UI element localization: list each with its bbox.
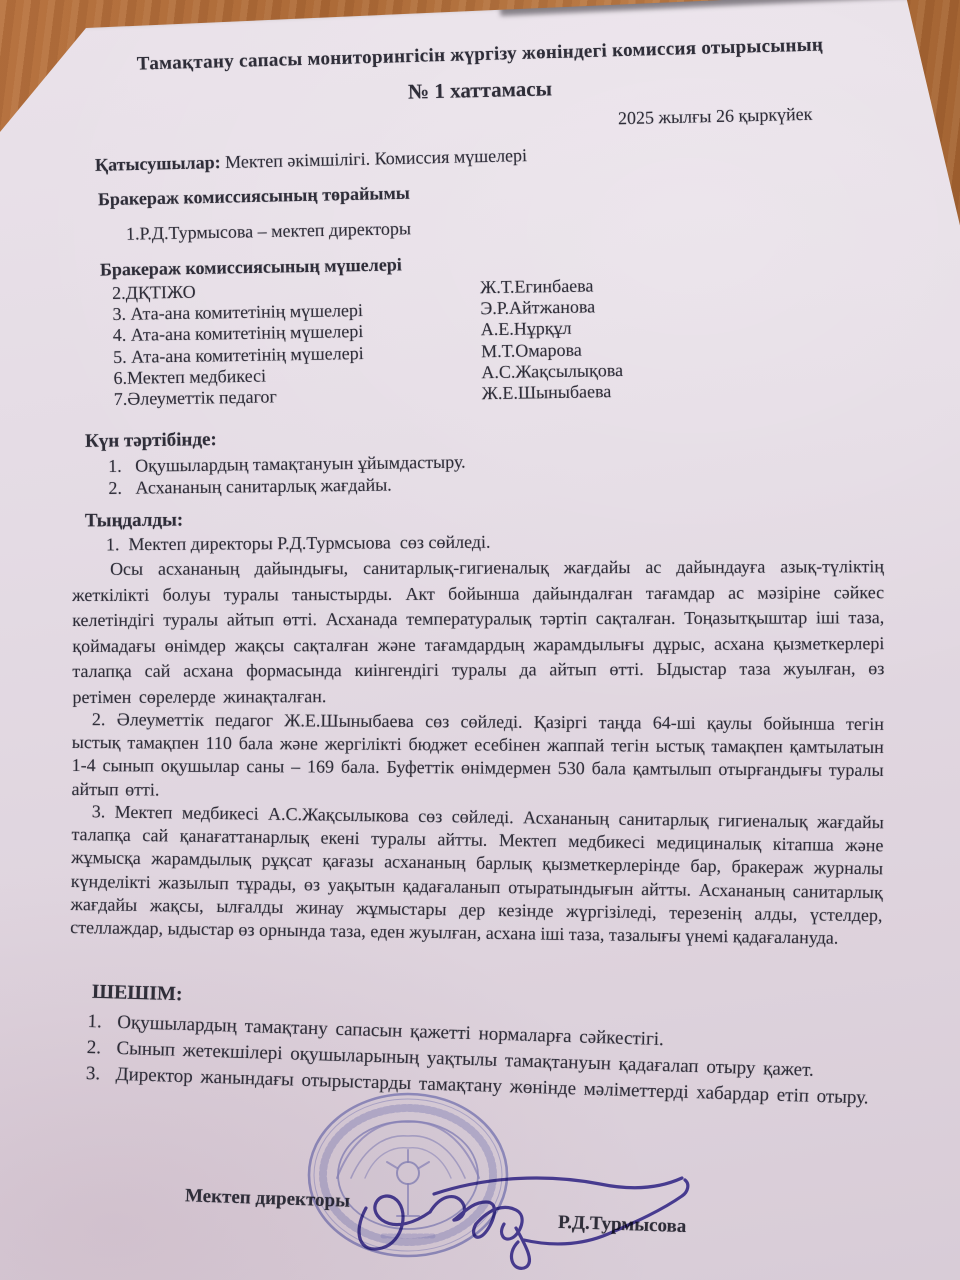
heard-paragraph-1: Осы асхананың дайындығы, санитарлық-гиги… [72,554,885,710]
agenda-item: 2. Асхананың санитарлық жағдайы. [108,473,466,499]
decision-heading: ШЕШІМ: [92,981,183,1007]
member-role: 7.Әлеуметтік педагог [114,383,482,410]
member-name: Ж.Е.Шыныбаева [482,378,794,404]
participants-label: Қатысушылар: [95,152,221,175]
heard-intro-line: 1. Мектеп директоры Р.Д.Турмсыова сөз сө… [106,532,491,556]
scanned-document-photo: Тамақтану сапасы мониторингісін жүргізу … [0,0,960,1280]
agenda-list: 1. Оқушылардың тамақтануын ұйымдастыру. … [108,451,466,499]
members-heading: Бракераж комиссиясының мүшелері [100,254,402,280]
agenda-item: 1. Оқушылардың тамақтануын ұйымдастыру. [108,451,466,477]
agenda-heading: Күн тәртібінде: [85,429,217,453]
heard-paragraph-3: 3. Мектеп медбикесі А.С.Жақсылыкова сөз … [70,800,884,951]
paper-sheet: Тамақтану сапасы мониторингісін жүргізу … [0,0,960,1280]
members-list: 2.ДҚТІЖО Ж.Т.Егинбаева 3. Ата-ана комите… [112,272,794,410]
director-signature [338,1150,698,1280]
heard-heading: Тыңдалды: [85,510,183,533]
heard-paragraph-2: 2. Әлеуметтік педагог Ж.Е.Шыныбаева сөз … [71,708,884,806]
chair-line: 1.Р.Д.Турмысова – мектеп директоры [126,218,411,244]
chair-heading: Бракераж комиссиясының төрайымы [98,183,410,211]
participants-line: Қатысушылар: Мектеп әкімшілігі. Комиссия… [95,145,527,176]
participants-value: Мектеп әкімшілігі. Комиссия мүшелері [220,145,527,172]
document-date: 2025 жылғы 26 қыркүйек [618,104,813,129]
